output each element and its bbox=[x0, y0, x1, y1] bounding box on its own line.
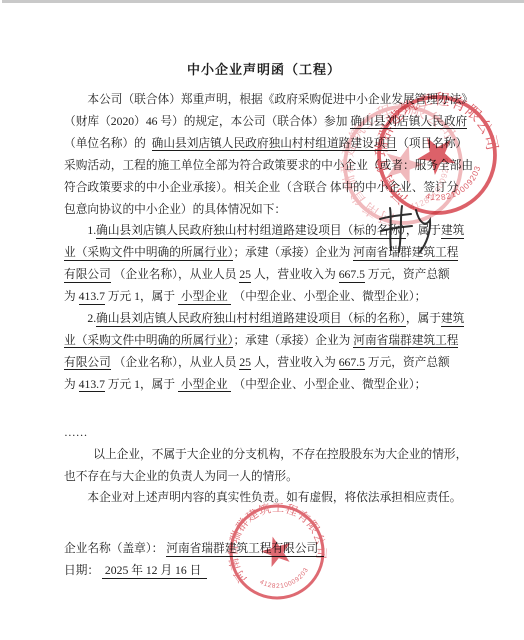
filled-blank-text: 业（采购文件中明确的所属行业） bbox=[64, 246, 233, 261]
text-segment: 1. bbox=[87, 224, 96, 237]
text-segment: 符合政策要求的中小企业承接）。相关企业（含联合 体中的中小企业、签订分 bbox=[64, 181, 458, 194]
document-line: 包意向协议的中小企业）的具体情况如下： bbox=[64, 199, 464, 221]
filled-blank-text: 2025 年 12 月 16 日 bbox=[102, 564, 207, 579]
filled-blank-text: 有限公司 bbox=[64, 268, 111, 283]
document-line: 符合政策要求的中小企业承接）。相关企业（含联合 体中的中小企业、签订分 bbox=[64, 177, 464, 199]
filled-blank-text: 413.7 bbox=[79, 378, 105, 393]
document-lines: 本公司（联合体）郑重声明，根据《政府采购促进中小企业发展管理办法》（财库（202… bbox=[64, 89, 464, 582]
text-segment: （单位名称）的 bbox=[64, 137, 152, 150]
text-segment: ；承建（承接）企业为 bbox=[233, 334, 353, 347]
filled-blank-text: 小型企业 bbox=[178, 378, 231, 393]
text-segment: …… bbox=[64, 426, 87, 439]
filled-blank-text: 25 bbox=[239, 268, 251, 283]
text-segment: 日期： bbox=[64, 564, 102, 577]
text-segment: 人，营业收入为 bbox=[251, 268, 339, 281]
text-segment: ，属于 bbox=[406, 312, 441, 325]
declaration-document: 中小企业声明函（工程） 本公司（联合体）郑重声明，根据《政府采购促进中小企业发展… bbox=[64, 60, 464, 582]
filled-blank-text: 河南省瑞群建筑工程 bbox=[353, 334, 458, 349]
document-line: 以上企业，不属于大企业的分支机构，不存在控股股东为大企业的情形， bbox=[64, 444, 464, 466]
filled-blank-text: 413.7 bbox=[79, 290, 105, 305]
text-segment: 也不存在与大企业的负责人为同一人的情形。 bbox=[64, 470, 298, 483]
filled-blank-text: 确山县刘店镇人民政府独山村村组道路建设项目（标的名称） bbox=[96, 224, 406, 239]
document-line: 本公司（联合体）郑重声明，根据《政府采购促进中小企业发展管理办法》 bbox=[64, 89, 464, 111]
text-segment: 包意向协议的中小企业）的具体情况如下： bbox=[64, 203, 286, 216]
text-segment: 万元 1，属于 bbox=[105, 378, 178, 391]
document-line: 为 413.7 万元 1，属于 小型企业 （中型企业、小型企业、微型企业）； bbox=[64, 374, 464, 396]
filled-blank-text: 667.5 bbox=[339, 268, 365, 283]
text-segment: 企业名称（盖章）： bbox=[64, 542, 166, 555]
document-line: 有限公司 （企业名称），从业人员 25 人，营业收入为 667.5 万元，资产总… bbox=[64, 352, 464, 374]
document-line: …… bbox=[64, 422, 464, 444]
filled-blank-text: 业（采购文件中明确的所属行业） bbox=[64, 334, 233, 349]
document-line: 有限公司 （企业名称），从业人员 25 人，营业收入为 667.5 万元，资产总… bbox=[64, 264, 464, 286]
document-line: 采购活动，工程的施工单位全部为符合政策要求的中小企业（或者：服务全部由 bbox=[64, 155, 464, 177]
text-segment: 万元，资产总额 bbox=[365, 268, 450, 281]
document-line: 1.确山县刘店镇人民政府独山村村组道路建设项目（标的名称），属于建筑 bbox=[64, 220, 464, 242]
text-segment: （企业名称），从业人员 bbox=[111, 356, 240, 369]
document-line: （单位名称）的 确山县刘店镇人民政府独山村村组道路建设项目（项目名称） bbox=[64, 133, 464, 155]
text-segment: ，属于 bbox=[406, 224, 441, 237]
text-segment: 本企业对上述声明内容的真实性负责。如有虚假，将依法承担相应责任。 bbox=[87, 491, 461, 504]
text-segment: 人，营业收入为 bbox=[251, 356, 339, 369]
document-title: 中小企业声明函（工程） bbox=[64, 60, 464, 80]
filled-blank-text: 25 bbox=[239, 356, 251, 371]
filled-blank-text: 河南省瑞群建筑工程有限公司 bbox=[166, 542, 324, 557]
text-segment: 以上企业，不属于大企业的分支机构，不存在控股股东为大企业的情形， bbox=[93, 448, 467, 461]
filled-blank-text: 有限公司 bbox=[64, 356, 111, 371]
filled-blank-text: 河南省瑞群建筑工程 bbox=[353, 246, 458, 261]
filled-blank-text: 确山县刘店镇人民政府 bbox=[350, 115, 467, 130]
document-line: 为 413.7 万元 1，属于 小型企业 （中型企业、小型企业、微型企业）； bbox=[64, 286, 464, 308]
page-top-border bbox=[2, 0, 524, 3]
filled-blank-text: 建筑 bbox=[441, 224, 464, 239]
filled-blank-text: 667.5 bbox=[339, 356, 365, 371]
text-segment: 万元 1，属于 bbox=[105, 290, 178, 303]
text-segment: （中型企业、小型企业、微型企业）； bbox=[231, 290, 427, 303]
text-segment: （企业名称），从业人员 bbox=[111, 268, 240, 281]
text-segment: 万元，资产总额 bbox=[365, 356, 450, 369]
text-segment: 为 bbox=[64, 290, 79, 303]
filled-blank-text: 确山县刘店镇人民政府独山村村组道路建设项目 bbox=[152, 137, 397, 152]
document-line: 2.确山县刘店镇人民政府独山村村组道路建设项目（标的名称），属于建筑 bbox=[64, 308, 464, 330]
text-segment: 采购活动，工程的施工单位全部为符合政策要求的中小企业（或者：服务全部由 bbox=[64, 159, 473, 172]
text-segment: （财库（2020）46 号）的规定，本公司（联合体）参加 bbox=[64, 115, 350, 128]
document-line: 业（采购文件中明确的所属行业）；承建（承接）企业为 河南省瑞群建筑工程 bbox=[64, 330, 464, 352]
document-line: 本企业对上述声明内容的真实性负责。如有虚假，将依法承担相应责任。 bbox=[64, 487, 464, 509]
document-line: 也不存在与大企业的负责人为同一人的情形。 bbox=[64, 466, 464, 488]
filled-blank-text: 建筑 bbox=[441, 312, 464, 327]
text-segment: ；承建（承接）企业为 bbox=[233, 246, 353, 259]
text-segment: 本公司（联合体）郑重声明，根据《政府采购促进中小企业发展管理办法》 bbox=[87, 93, 473, 106]
document-line: 业（采购文件中明确的所属行业）；承建（承接）企业为 河南省瑞群建筑工程 bbox=[64, 242, 464, 264]
filled-blank-text: 小型企业 bbox=[178, 290, 231, 305]
text-segment: 为 bbox=[64, 378, 79, 391]
text-segment: （项目名称） bbox=[397, 137, 467, 150]
text-segment: 2. bbox=[87, 312, 96, 325]
text-segment: （中型企业、小型企业、微型企业）； bbox=[231, 378, 427, 391]
document-line: 日期： 2025 年 12 月 16 日 bbox=[64, 560, 464, 582]
document-line: （财库（2020）46 号）的规定，本公司（联合体）参加 确山县刘店镇人民政府 bbox=[64, 111, 464, 133]
filled-blank-text: 确山县刘店镇人民政府独山村村组道路建设项目（标的名称） bbox=[96, 312, 406, 327]
document-line: 企业名称（盖章）： 河南省瑞群建筑工程有限公司 bbox=[64, 538, 464, 560]
